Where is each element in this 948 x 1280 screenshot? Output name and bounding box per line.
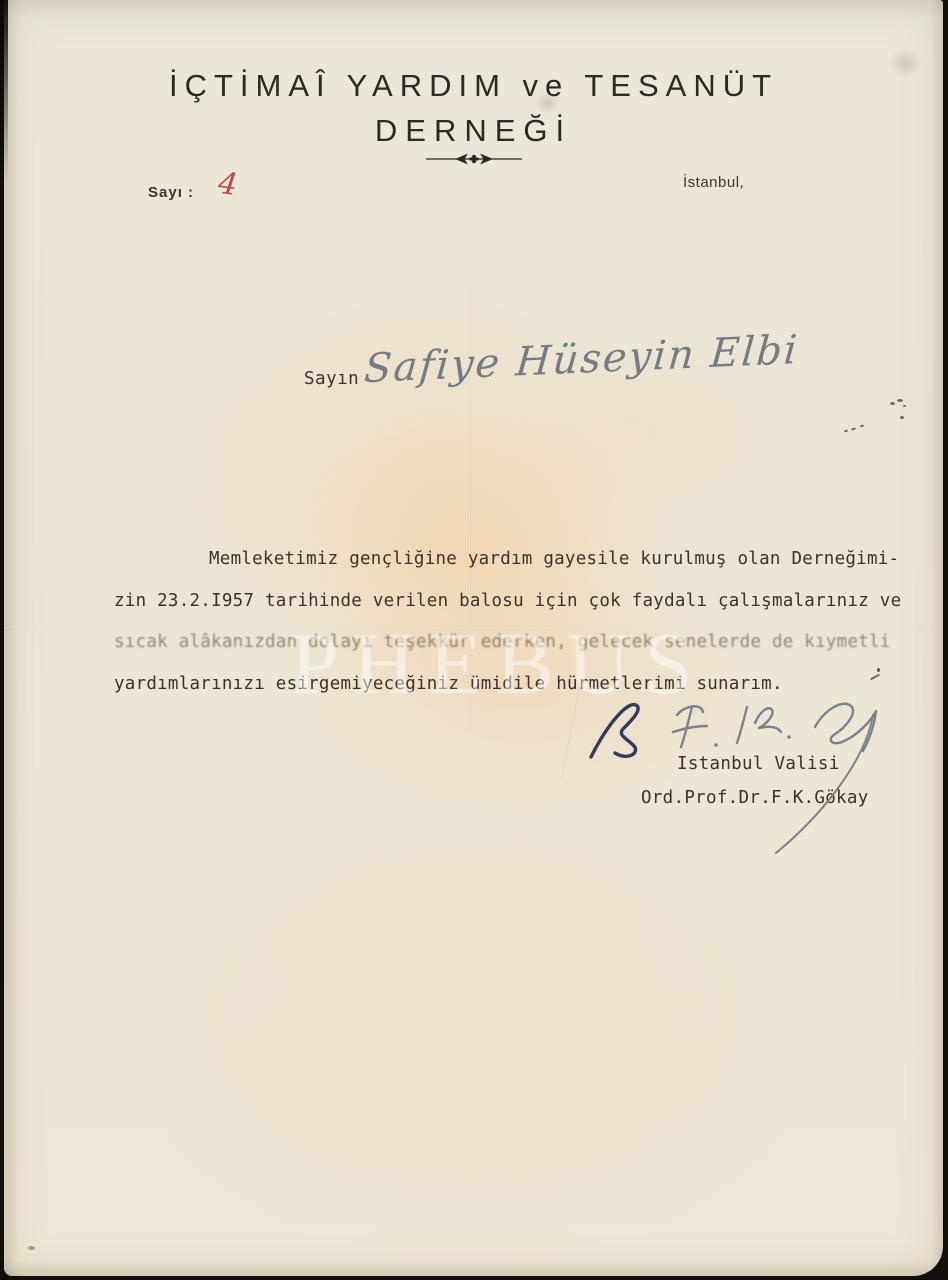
document-number-label: Sayı : bbox=[148, 184, 194, 201]
ink-speck bbox=[890, 402, 895, 405]
scan-backdrop: İÇTİMAÎ YARDIM ve TESANÜT DERNEĞİ Sayı :… bbox=[0, 0, 948, 1280]
letterhead-title-line2: DERNEĞİ bbox=[4, 113, 943, 149]
ink-speck bbox=[900, 416, 904, 419]
body-line-faded: sıcak alâkanızdan dolayı teşekkür ederke… bbox=[114, 632, 914, 674]
letterhead-title-line1: İÇTİMAÎ YARDIM ve TESANÜT bbox=[4, 68, 943, 104]
smudge-mark bbox=[534, 92, 560, 114]
foxing-speck bbox=[28, 1246, 35, 1250]
document-number-handwritten: 4 bbox=[216, 166, 239, 203]
ink-speck bbox=[844, 429, 848, 432]
smudge-mark bbox=[888, 48, 922, 78]
body-line: Memleketimiz gençliğine yardım gayesile … bbox=[114, 549, 914, 591]
letter-page: İÇTİMAÎ YARDIM ve TESANÜT DERNEĞİ Sayı :… bbox=[4, 0, 943, 1276]
ink-speck bbox=[851, 427, 856, 430]
stray-pen-mark bbox=[868, 668, 880, 686]
ink-speck bbox=[903, 405, 906, 407]
salutation-label: Sayın bbox=[304, 369, 359, 389]
ink-speck bbox=[897, 399, 903, 402]
scan-edge-shadow bbox=[0, 0, 8, 180]
body-line: zin 23.2.I957 tarihinde verilen balosu i… bbox=[114, 591, 914, 633]
divider-ornament-icon bbox=[424, 150, 524, 168]
recipient-name-handwritten: Safiye Hüseyin Elbi bbox=[362, 326, 825, 392]
place-date-line: İstanbul, bbox=[683, 174, 744, 191]
ink-speck bbox=[860, 424, 864, 427]
document-number-row: Sayı :4 bbox=[148, 170, 237, 205]
signature-scrawl bbox=[579, 685, 899, 865]
